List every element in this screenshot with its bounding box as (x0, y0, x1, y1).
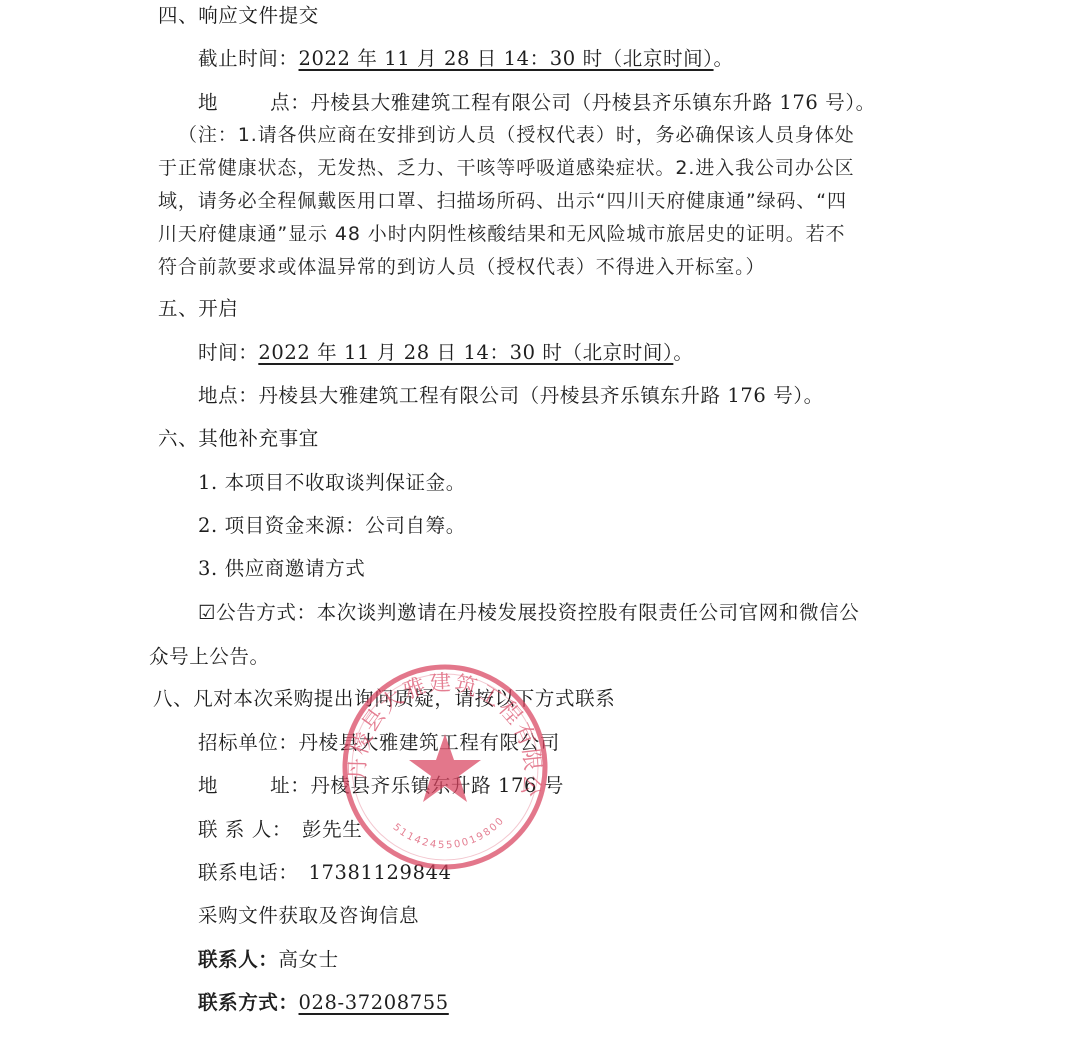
contact-phone-label: 联系电话： (198, 861, 299, 884)
section-6-heading: 六、其他补充事宜 (158, 426, 319, 452)
checkbox-checked-icon: ☑ (198, 601, 216, 624)
opening-location-label: 地点： (198, 384, 258, 407)
opening-location-value: 丹棱县大雅建筑工程有限公司（丹棱县齐乐镇东升路 176 号）。 (258, 384, 823, 407)
contact-person-value: 彭先生 (302, 818, 362, 841)
address-label-a: 地 (198, 774, 218, 797)
tender-unit-row: 招标单位：丹棱县大雅建筑工程有限公司 (198, 730, 560, 756)
deadline-label: 截止时间： (198, 47, 299, 70)
address-row: 地址：丹棱县齐乐镇东升路 176 号 (198, 773, 564, 799)
tender-unit-label: 招标单位： (198, 731, 299, 754)
note-line-1: （注：1.请各供应商在安排到访人员（授权代表）时，务必确保该人员身体处 (178, 122, 855, 148)
opening-location-row: 地点：丹棱县大雅建筑工程有限公司（丹棱县齐乐镇东升路 176 号）。 (198, 383, 824, 409)
docs-method-label: 联系方式： (198, 991, 299, 1014)
docs-contact-row: 联系人：高女士 (198, 947, 339, 973)
section-8-heading: 八、凡对本次采购提出询问质疑，请按以下方式联系 (153, 686, 615, 712)
opening-time-value: 2022 年 11 月 28 日 14：30 时（北京时间） (258, 341, 673, 364)
submission-location-row: 地点：丹棱县大雅建筑工程有限公司（丹棱县齐乐镇东升路 176 号）。 (198, 90, 876, 116)
address-label-b: 址： (270, 774, 310, 797)
deadline-value: 2022 年 11 月 28 日 14：30 时（北京时间） (299, 47, 714, 70)
docs-method-value: 028-37208755 (299, 991, 449, 1014)
opening-time-label: 时间： (198, 341, 258, 364)
section-5-heading: 五、开启 (158, 296, 238, 322)
opening-time-row: 时间：2022 年 11 月 28 日 14：30 时（北京时间）。 (198, 340, 693, 366)
supplement-item-2: 2. 项目资金来源：公司自筹。 (198, 513, 466, 539)
location-label-a: 地 (198, 91, 218, 114)
tender-unit-value: 丹棱县大雅建筑工程有限公司 (299, 731, 560, 754)
docs-info-heading: 采购文件获取及咨询信息 (198, 903, 419, 929)
contact-person-label: 联 系 人： (198, 818, 292, 841)
note-line-5: 符合前款要求或体温异常的到访人员（授权代表）不得进入开标室。） (158, 254, 765, 280)
announcement-text-line-2: 众号上公告。 (149, 644, 270, 670)
contact-phone-value: 17381129844 (309, 861, 452, 884)
deadline-suffix: 。 (714, 47, 734, 70)
location-label-b: 点： (270, 91, 310, 114)
note-line-3: 域，请务必全程佩戴医用口罩、扫描场所码、出示“四川天府健康通”绿码、“四 (158, 188, 847, 214)
deadline-row: 截止时间：2022 年 11 月 28 日 14：30 时（北京时间）。 (198, 46, 734, 72)
announcement-row: ☑公告方式：本次谈判邀请在丹棱发展投资控股有限责任公司官网和微信公 (198, 600, 859, 626)
contact-phone-row: 联系电话：17381129844 (198, 860, 452, 886)
docs-method-row: 联系方式：028-37208755 (198, 990, 449, 1016)
seal-code-text: 511424550019800 (391, 815, 508, 852)
supplement-item-3: 3. 供应商邀请方式 (198, 556, 365, 582)
contact-person-row: 联 系 人：彭先生 (198, 817, 362, 843)
supplement-item-1: 1. 本项目不收取谈判保证金。 (198, 470, 466, 496)
location-value: 丹棱县大雅建筑工程有限公司（丹棱县齐乐镇东升路 176 号）。 (310, 91, 875, 114)
section-4-heading: 四、响应文件提交 (158, 3, 319, 29)
docs-contact-value: 高女士 (278, 948, 338, 971)
address-value: 丹棱县齐乐镇东升路 176 号 (310, 774, 564, 797)
note-line-2: 于正常健康状态，无发热、乏力、干咳等呼吸道感染症状。2.进入我公司办公区 (158, 155, 855, 181)
note-line-4: 川天府健康通”显示 48 小时内阴性核酸结果和无风险城市旅居史的证明。若不 (158, 221, 845, 247)
docs-contact-label: 联系人： (198, 948, 278, 971)
announcement-text-line-1: 公告方式：本次谈判邀请在丹棱发展投资控股有限责任公司官网和微信公 (216, 601, 859, 624)
opening-time-suffix: 。 (673, 341, 693, 364)
svg-text:511424550019800: 511424550019800 (391, 815, 508, 852)
